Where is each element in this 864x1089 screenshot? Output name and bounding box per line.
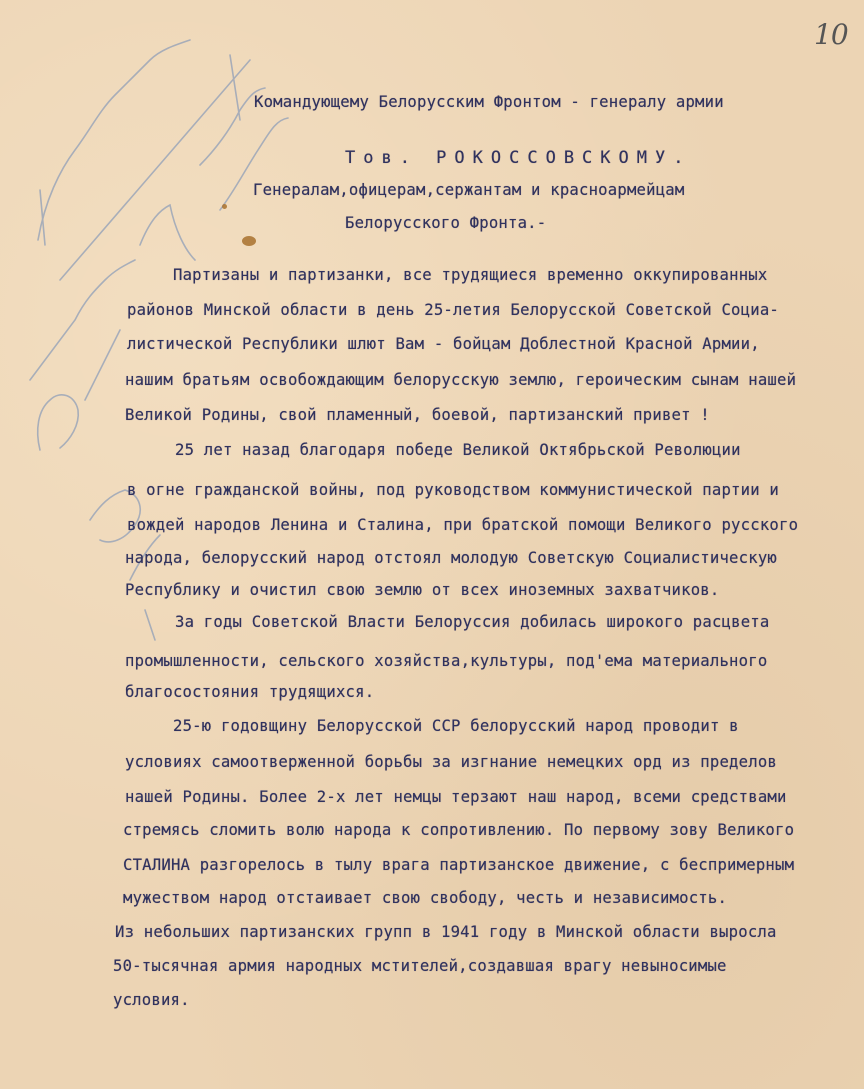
body-line: мужеством народ отстаивает свою свободу,… [123,888,727,908]
body-line: нашей Родины. Более 2-х лет немцы терзаю… [125,787,787,807]
body-line: Республику и очистил свою землю от всех … [125,580,719,600]
body-line: листической Республики шлют Вам - бойцам… [127,334,760,354]
body-line: СТАЛИНА разгорелось в тылу врага партиза… [123,855,794,875]
ink-stain [242,236,256,246]
body-line: 50-тысячная армия народных мстителей,соз… [113,956,727,976]
page-number: 10 [814,18,848,51]
body-line: Из небольших партизанских групп в 1941 г… [115,922,777,942]
body-line: народа, белорусский народ отстоял молоду… [125,548,777,568]
body-line: условия. [113,990,190,1010]
body-line: районов Минской области в день 25-летия … [127,300,779,320]
address-line-4: Белорусского Фронта.- [345,213,546,233]
body-line: Партизаны и партизанки, все трудящиеся в… [173,265,767,285]
body-line: 25 лет назад благодаря победе Великой Ок… [175,440,741,460]
body-line: нашим братьям освобождающим белорусскую … [125,370,796,390]
address-line-1: Командующему Белорусским Фронтом - генер… [254,92,724,112]
body-line: За годы Советской Власти Белоруссия доби… [175,612,769,632]
body-line: условиях самоотверженной борьбы за изгна… [125,752,777,772]
ink-stain [222,204,227,209]
body-line: в огне гражданской войны, под руководств… [127,480,779,500]
body-line: вождей народов Ленина и Сталина, при бра… [127,515,798,535]
address-line-3: Генералам,офицерам,сержантам и красноарм… [253,180,684,200]
body-line: стремясь сломить волю народа к сопротивл… [123,820,794,840]
body-line: промышленности, сельского хозяйства,куль… [125,651,767,671]
body-line: Великой Родины, свой пламенный, боевой, … [125,405,710,425]
body-line: благосостояния трудящихся. [125,682,374,702]
body-line: 25-ю годовщину Белорусской ССР белорусск… [173,716,739,736]
address-line-2: Тов. РОКОССОВСКОМУ. [345,148,691,168]
